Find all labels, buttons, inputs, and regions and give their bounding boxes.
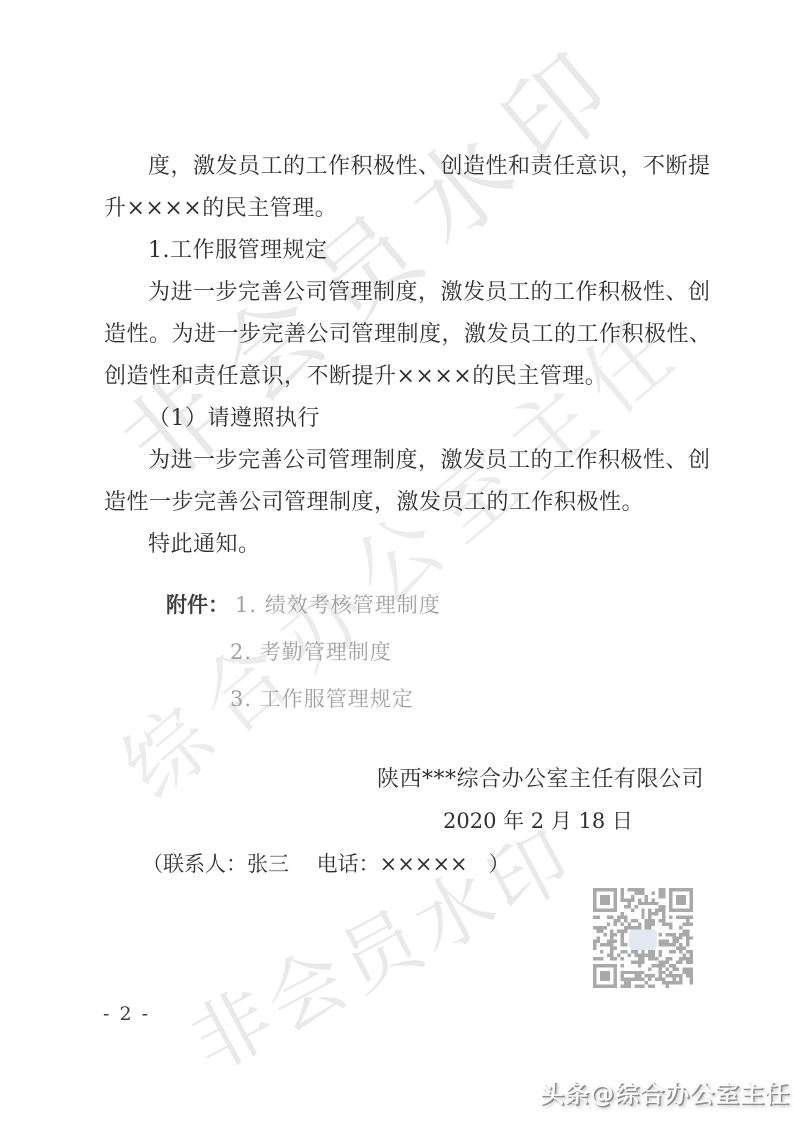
body-line: 度，激发员工的工作积极性、创造性和责任意识，不断提 (104, 146, 700, 188)
attachment-row: 3. 工作服管理规定 (166, 676, 441, 723)
attachment-row: 附件：1. 绩效考核管理制度 (166, 582, 441, 629)
document-page: 非会员水印 综合办公室主任 非会员水印 度，激发员工的工作积极性、创造性和责任意… (0, 0, 793, 1122)
body-line: 1.工作服管理规定 (104, 230, 700, 272)
attachment-item: 1. 绩效考核管理制度 (235, 593, 441, 617)
contact-line: （联系人：张三 电话：××××× ） (142, 848, 510, 878)
body-line: 为进一步完善公司管理制度，激发员工的工作积极性、创 (104, 440, 700, 482)
body-line: 特此通知。 (104, 524, 700, 566)
document-body: 度，激发员工的工作积极性、创造性和责任意识，不断提升××××的民主管理。1.工作… (104, 146, 700, 566)
body-line: 造性一步完善公司管理制度，激发员工的工作积极性。 (104, 482, 700, 524)
body-line: 创造性和责任意识，不断提升××××的民主管理。 (104, 356, 700, 398)
body-line: 造性。为进一步完善公司管理制度，激发员工的工作积极性、 (104, 314, 700, 356)
attachment-list: 附件：1. 绩效考核管理制度 2. 考勤管理制度 3. 工作服管理规定 (166, 582, 441, 723)
signature-date: 2020 年 2 月 18 日 (443, 805, 633, 835)
footer-brand-logo: 头条@综合办公室主任 (540, 1074, 790, 1109)
attachment-item: 2. 考勤管理制度 (230, 640, 392, 664)
body-line: 为进一步完善公司管理制度，激发员工的工作积极性、创 (104, 272, 700, 314)
attachment-label: 附件： (166, 593, 229, 617)
body-line: 升××××的民主管理。 (104, 188, 700, 230)
document-content: 度，激发员工的工作积极性、创造性和责任意识，不断提升××××的民主管理。1.工作… (0, 0, 793, 1122)
attachment-item: 3. 工作服管理规定 (230, 687, 414, 711)
company-signature: 陕西***综合办公室主任有限公司 (377, 762, 704, 793)
body-line: （1）请遵照执行 (104, 398, 700, 440)
qr-code (593, 888, 693, 988)
page-number: - 2 - (103, 1003, 150, 1025)
attachment-row: 2. 考勤管理制度 (166, 629, 441, 676)
